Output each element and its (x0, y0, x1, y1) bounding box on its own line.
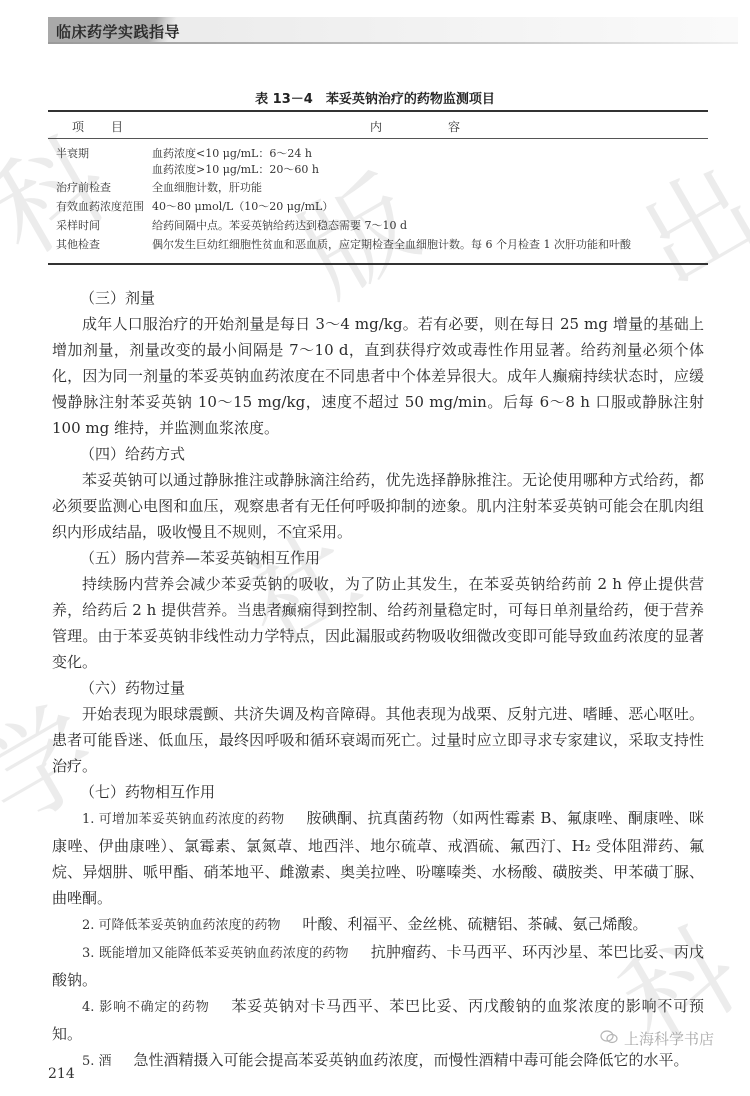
brand-watermark: 上海科学书店 (600, 1028, 714, 1049)
interaction-item: 2. 可降低苯妥英钠血药浓度的药物叶酸、利福平、金丝桃、硫糖铝、茶碱、氨己烯酸。 (52, 911, 704, 939)
table-row-value: 血药浓度<10 μg/mL：6～24 h (152, 146, 312, 162)
table-row-label: 治疗前检查 (56, 180, 156, 196)
interaction-lead: 3. 既能增加又能降低苯妥英钠血药浓度的药物 (82, 946, 349, 961)
section-heading-administration: （四）给药方式 (52, 441, 704, 467)
table-row-value: 血药浓度>10 μg/mL：20～60 h (152, 162, 319, 178)
table-row-value: 偶尔发生巨幼红细胞性贫血和恶血质，应定期检查全血细胞计数。每 6 个月检查 1 … (152, 237, 631, 253)
table-bottom-rule (48, 263, 708, 265)
table-row-label: 有效血药浓度范围 (56, 199, 156, 215)
paragraph-overdose: 开始表现为眼球震颤、共济失调及构音障碍。其他表现为战栗、反射亢进、嗜睡、恶心呕吐… (52, 701, 704, 779)
interaction-lead: 1. 可增加苯妥英钠血药浓度的药物 (82, 812, 284, 827)
interaction-lead: 2. 可降低苯妥英钠血药浓度的药物 (82, 918, 281, 933)
section-heading-enteral: （五）肠内营养—苯妥英钠相互作用 (52, 545, 704, 571)
interaction-item: 1. 可增加苯妥英钠血药浓度的药物胺碘酮、抗真菌药物（如两性霉素 B、氟康唑、酮… (52, 805, 704, 911)
section-heading-interactions: （七）药物相互作用 (52, 779, 704, 805)
table-row-value: 全血细胞计数，肝功能 (152, 180, 262, 196)
table-title: 表 13－4 苯妥英钠治疗的药物监测项目 (0, 88, 750, 107)
paragraph-enteral: 持续肠内营养会减少苯妥英钠的吸收，为了防止其发生，在苯妥英钠给药前 2 h 停止… (52, 571, 704, 675)
wechat-icon (600, 1030, 618, 1048)
brand-text: 上海科学书店 (624, 1030, 714, 1048)
interaction-text: 叶酸、利福平、金丝桃、硫糖铝、茶碱、氨己烯酸。 (303, 915, 648, 933)
table-header-rule (48, 138, 708, 139)
running-header-title: 临床药学实践指导 (56, 21, 180, 42)
interaction-lead: 4. 影响不确定的药物 (82, 1000, 210, 1015)
interaction-text: 急性酒精摄入可能会提高苯妥英钠血药浓度，而慢性酒精中毒可能会降低它的水平。 (134, 1051, 689, 1069)
table-row-label: 其他检查 (56, 237, 156, 253)
section-heading-overdose: （六）药物过量 (52, 675, 704, 701)
table-row-value: 40～80 μmol/L（10～20 μg/mL） (152, 199, 333, 215)
interaction-lead: 5. 酒 (82, 1054, 112, 1069)
table-header-item: 项 目 (72, 118, 124, 135)
paragraph-administration: 苯妥英钠可以通过静脉推注或静脉滴注给药，优先选择静脉推注。无论使用哪种方式给药，… (52, 467, 704, 545)
running-header-underline (48, 42, 738, 44)
body-content: （三）剂量 成年人口服治疗的开始剂量是每日 3～4 mg/kg。若有必要，则在每… (52, 285, 704, 1075)
table-header-content: 内 容 (370, 118, 461, 135)
table-row-label: 半衰期 (56, 146, 156, 162)
interaction-item: 3. 既能增加又能降低苯妥英钠血药浓度的药物抗肿瘤药、卡马西平、环丙沙星、苯巴比… (52, 939, 704, 993)
section-heading-dosage: （三）剂量 (52, 285, 704, 311)
interaction-item: 5. 酒急性酒精摄入可能会提高苯妥英钠血药浓度，而慢性酒精中毒可能会降低它的水平… (52, 1047, 704, 1075)
table-row-value: 给药间隔中点。苯妥英钠给药达到稳态需要 7～10 d (152, 218, 407, 234)
table-top-rule (48, 110, 708, 112)
table-row-label: 采样时间 (56, 218, 156, 234)
paragraph-dosage: 成年人口服治疗的开始剂量是每日 3～4 mg/kg。若有必要，则在每日 25 m… (52, 311, 704, 441)
page-number: 214 (48, 1066, 75, 1082)
